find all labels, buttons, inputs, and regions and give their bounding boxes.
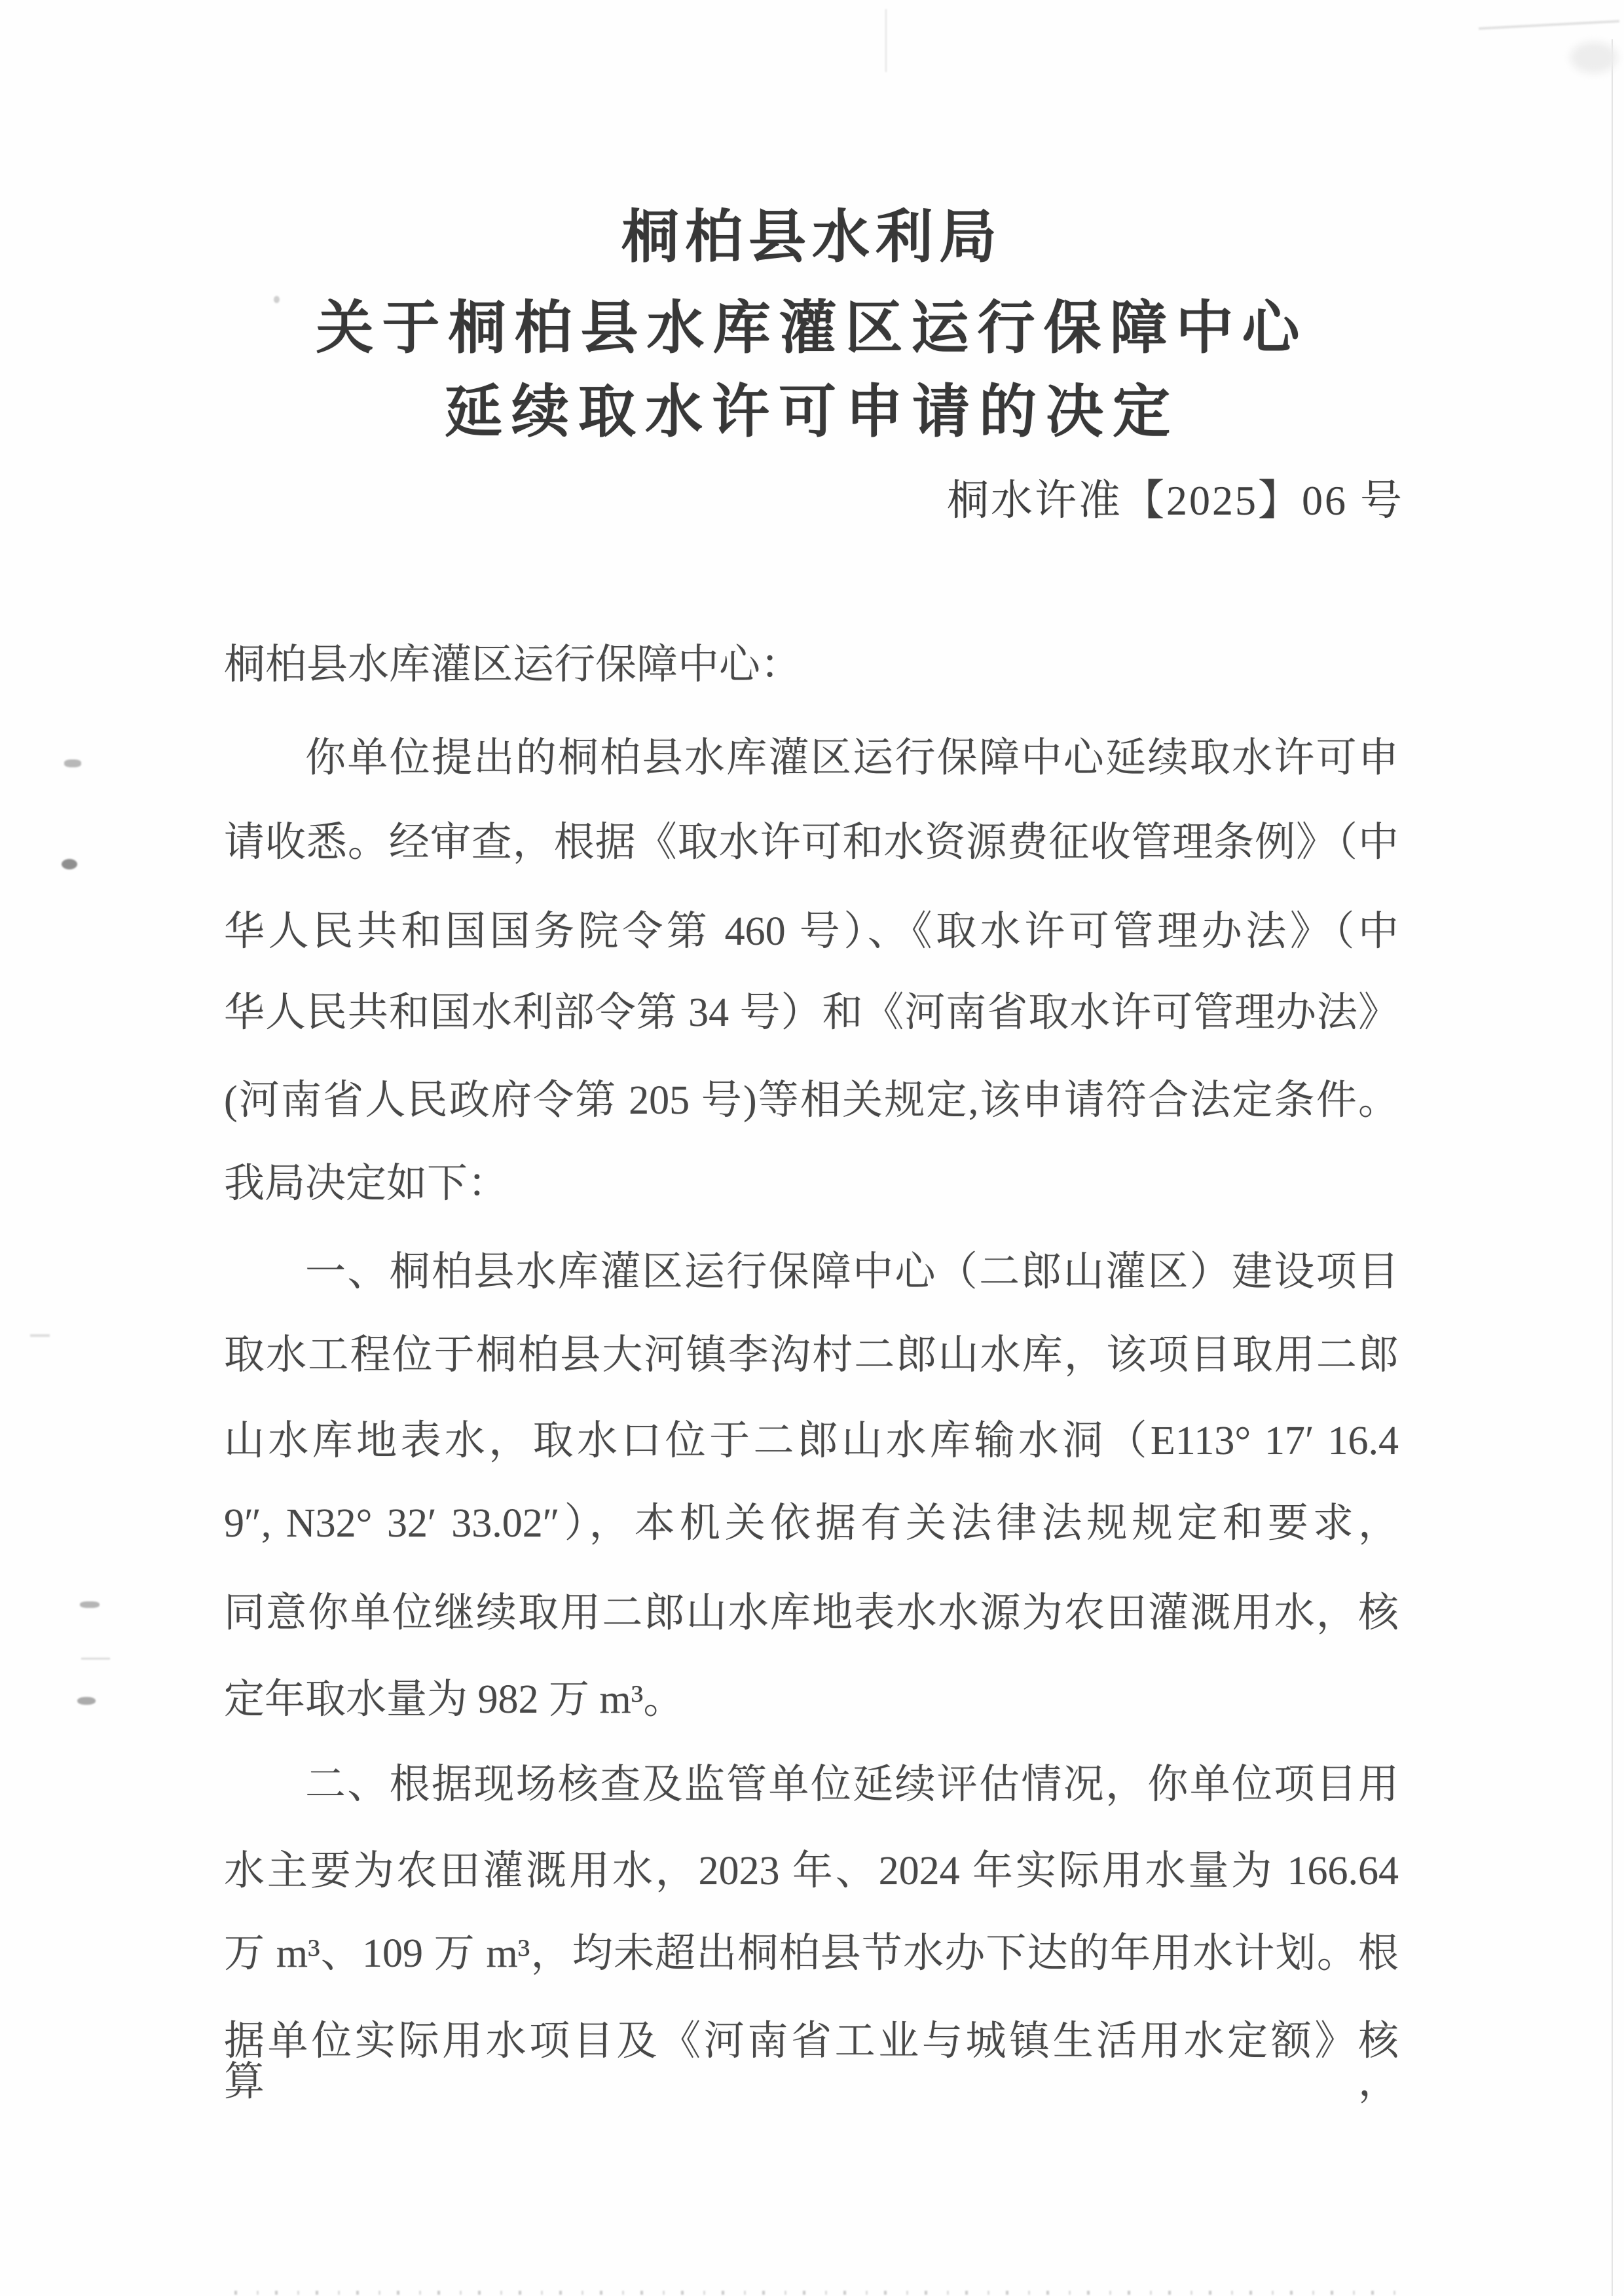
scan-speck — [30, 1334, 50, 1337]
body-line: 一、桐柏县水库灌区运行保障中心（二郎山灌区）建设项目 — [224, 1252, 1399, 1292]
body-line: 万 m³、109 万 m³，均未超出桐柏县节水办下达的年用水计划。根 — [224, 1933, 1399, 1974]
document-number: 桐水许准【2025】06 号 — [947, 480, 1404, 522]
body-line: 山水库地表水，取水口位于二郎山水库输水洞（E113° 17′ 16.4 — [224, 1421, 1399, 1461]
scan-speck — [81, 1658, 110, 1660]
scan-edge-line — [1612, 39, 1613, 2296]
page-bottom-cutoff-line — [234, 2291, 1401, 2295]
scan-speck — [77, 1697, 96, 1705]
body-line: 取水工程位于桐柏县大河镇李沟村二郎山水库，该项目取用二郎 — [224, 1335, 1399, 1376]
body-line: 同意你单位继续取用二郎山水库地表水水源为农田灌溉用水，核 — [224, 1593, 1399, 1633]
scan-speck — [62, 859, 77, 869]
body-line: 请收悉。经审查，根据《取水许可和水资源费征收管理条例》（中 — [224, 822, 1399, 863]
scanned-document-page: 桐柏县水利局 关于桐柏县水库灌区运行保障中心 延续取水许可申请的决定 桐水许准【… — [0, 0, 1624, 2296]
scan-speck — [64, 759, 81, 767]
scan-smudge — [1479, 20, 1619, 29]
body-line: 定年取水量为 982 万 m³。 — [224, 1679, 1399, 1720]
body-line: 你单位提出的桐柏县水库灌区运行保障中心延续取水许可申 — [224, 738, 1399, 778]
body-line: 9″, N32° 32′ 33.02″），本机关依据有关法律法规规定和要求， — [224, 1503, 1399, 1544]
scan-streak — [885, 9, 887, 72]
scan-speck — [80, 1601, 100, 1608]
document-title-line-3: 延续取水许可申请的决定 — [0, 384, 1624, 442]
body-line: (河南省人民政府令第 205 号)等相关规定,该申请符合法定条件。 — [224, 1080, 1399, 1121]
body-line: 水主要为农田灌溉用水，2023 年、2024 年实际用水量为 166.64 — [224, 1851, 1399, 1891]
body-line: 华人民共和国水利部令第 34 号）和《河南省取水许可管理办法》 — [224, 993, 1399, 1033]
body-line: 华人民共和国国务院令第 460 号）、《取水许可管理办法》（中 — [224, 911, 1399, 952]
document-title-line-1: 桐柏县水利局 — [0, 210, 1624, 267]
document-title-line-2: 关于桐柏县水库灌区运行保障中心 — [0, 301, 1624, 358]
body-line: 我局决定如下： — [224, 1163, 1399, 1204]
body-line: 二、根据现场核查及监管单位延续评估情况，你单位项目用 — [224, 1764, 1399, 1805]
body-line: 据单位实际用水项目及《河南省工业与城镇生活用水定额》核算， — [224, 2021, 1399, 2102]
scan-corner-smudge — [1570, 42, 1617, 73]
salutation: 桐柏县水库灌区运行保障中心： — [224, 644, 1399, 685]
